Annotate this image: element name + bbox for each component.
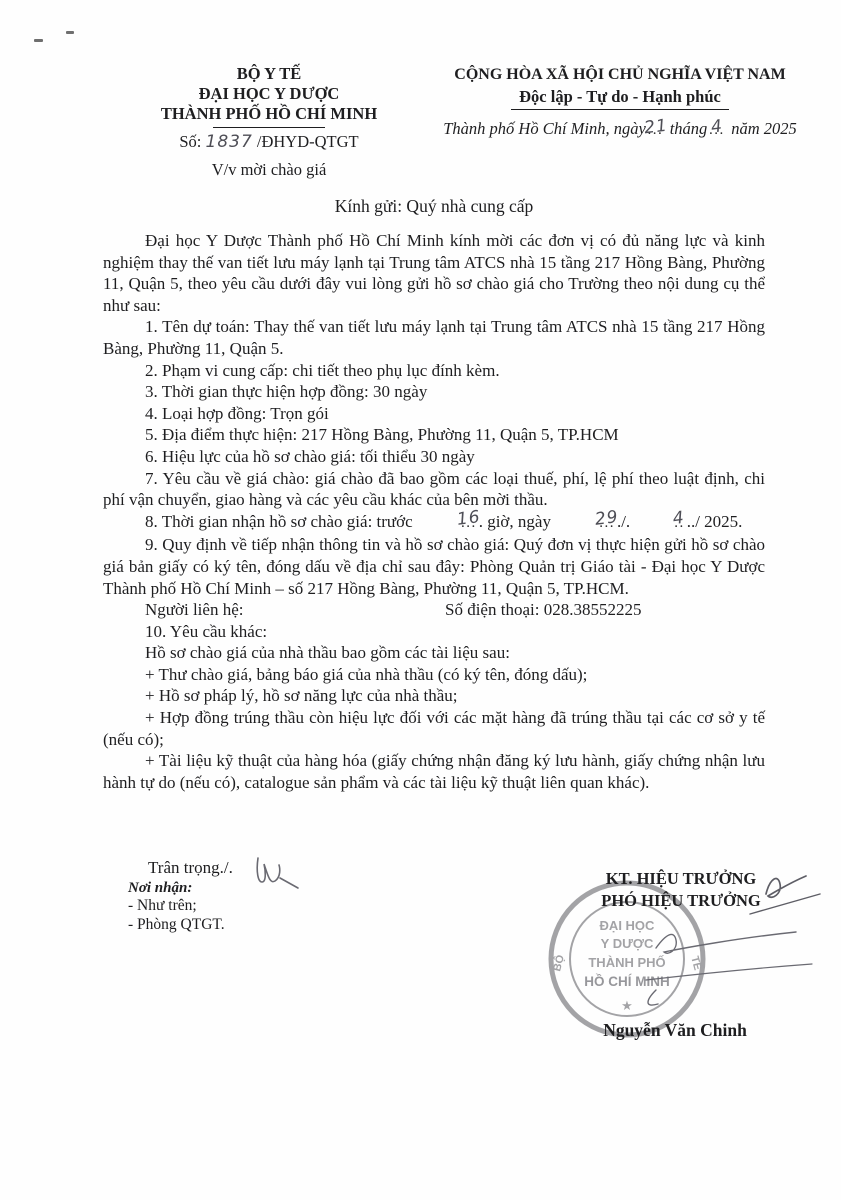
ref-code: /ĐHYD-QTGT (257, 132, 359, 151)
national-motto: Độc lập - Tự do - Hạnh phúc (511, 86, 729, 110)
letter-subject: V/v mời chào giá (108, 160, 430, 180)
header-divider-rule (213, 127, 325, 128)
item-7: 7. Yêu cầu về giá chào: giá chào đã bao … (103, 468, 765, 511)
requirements-intro: Hồ sơ chào giá của nhà thầu bao gồm các … (103, 642, 765, 664)
item-9: 9. Quy định về tiếp nhận thông tin và hồ… (103, 534, 765, 599)
handwritten-initials (250, 844, 310, 896)
intro-paragraph: Đại học Y Dược Thành phố Hồ Chí Minh kín… (103, 230, 765, 316)
place-date-line: Thành phố Hồ Chí Minh, ngày...21 tháng..… (434, 119, 806, 139)
letter-body: Kính gửi: Quý nhà cung cấp Đại học Y Dượ… (103, 196, 765, 793)
closing-phrase: Trân trọng./. (148, 858, 233, 878)
org-name-line1: ĐẠI HỌC Y DƯỢC (108, 84, 430, 104)
contact-line: Người liên hệ: Số điện thoại: 028.385522… (103, 599, 765, 621)
reference-number-line: Số: 1837 /ĐHYD-QTGT (108, 132, 430, 152)
signature-section: Trân trọng./. Nơi nhận: - Như trên; - Ph… (0, 856, 841, 1200)
scan-speck (66, 31, 74, 34)
recipient-line: - Phòng QTGT. (128, 916, 225, 935)
national-title: CỘNG HÒA XÃ HỘI CHỦ NGHĨA VIỆT NAM (434, 64, 806, 86)
issuing-org-block: BỘ Y TẾ ĐẠI HỌC Y DƯỢC THÀNH PHỐ HỒ CHÍ … (108, 64, 430, 180)
salutation: Kính gửi: Quý nhà cung cấp (103, 196, 765, 217)
handwritten-deadline-month: ..4 (630, 511, 687, 535)
recipients-label: Nơi nhận: (128, 880, 225, 897)
scan-speck (34, 39, 43, 42)
item-8: 8. Thời gian nhận hồ sơ chào giá: trước … (103, 511, 765, 535)
item-3: 3. Thời gian thực hiện hợp đồng: 30 ngày (103, 381, 765, 403)
requirement-1: + Thư chào giá, bảng báo giá của nhà thầ… (103, 664, 765, 686)
item-5: 5. Địa điểm thực hiện: 217 Hồng Bàng, Ph… (103, 424, 765, 446)
handwritten-deadline-day: ...29 (555, 511, 617, 535)
contact-label: Người liên hệ: (145, 600, 243, 619)
item-10: 10. Yêu cầu khác: (103, 621, 765, 643)
org-name-line2: THÀNH PHỐ HỒ CHÍ MINH (108, 104, 430, 124)
ref-label: Số: (179, 132, 201, 151)
parent-org-name: BỘ Y TẾ (108, 64, 430, 84)
handwritten-hour: ...16 (417, 511, 479, 535)
handwritten-month: ...4 (707, 119, 727, 139)
item-1: 1. Tên dự toán: Thay thế van tiết lưu má… (103, 316, 765, 359)
contact-phone: Số điện thoại: 028.38552225 (445, 599, 641, 621)
requirement-3: + Hợp đồng trúng thầu còn hiệu lực đối v… (103, 707, 765, 750)
handwritten-ref-number: 1837 (206, 132, 253, 152)
item-4: 4. Loại hợp đồng: Trọn gói (103, 403, 765, 425)
recipients-block: Nơi nhận: - Như trên; - Phòng QTGT. (128, 880, 225, 934)
item-6: 6. Hiệu lực của hồ sơ chào giá: tối thiể… (103, 446, 765, 468)
handwritten-day: ...21 (646, 119, 666, 139)
requirement-4: + Tài liệu kỹ thuật của hàng hóa (giấy c… (103, 750, 765, 793)
recipient-line: - Như trên; (128, 897, 225, 916)
requirement-2: + Hồ sơ pháp lý, hồ sơ năng lực của nhà … (103, 685, 765, 707)
scanned-letter-page: BỘ Y TẾ ĐẠI HỌC Y DƯỢC THÀNH PHỐ HỒ CHÍ … (0, 0, 841, 1200)
letter-header: BỘ Y TẾ ĐẠI HỌC Y DƯỢC THÀNH PHỐ HỒ CHÍ … (0, 0, 841, 180)
handwritten-signature (528, 856, 838, 1036)
national-motto-block: CỘNG HÒA XÃ HỘI CHỦ NGHĨA VIỆT NAM Độc l… (434, 64, 806, 180)
item-2: 2. Phạm vi cung cấp: chi tiết theo phụ l… (103, 360, 765, 382)
